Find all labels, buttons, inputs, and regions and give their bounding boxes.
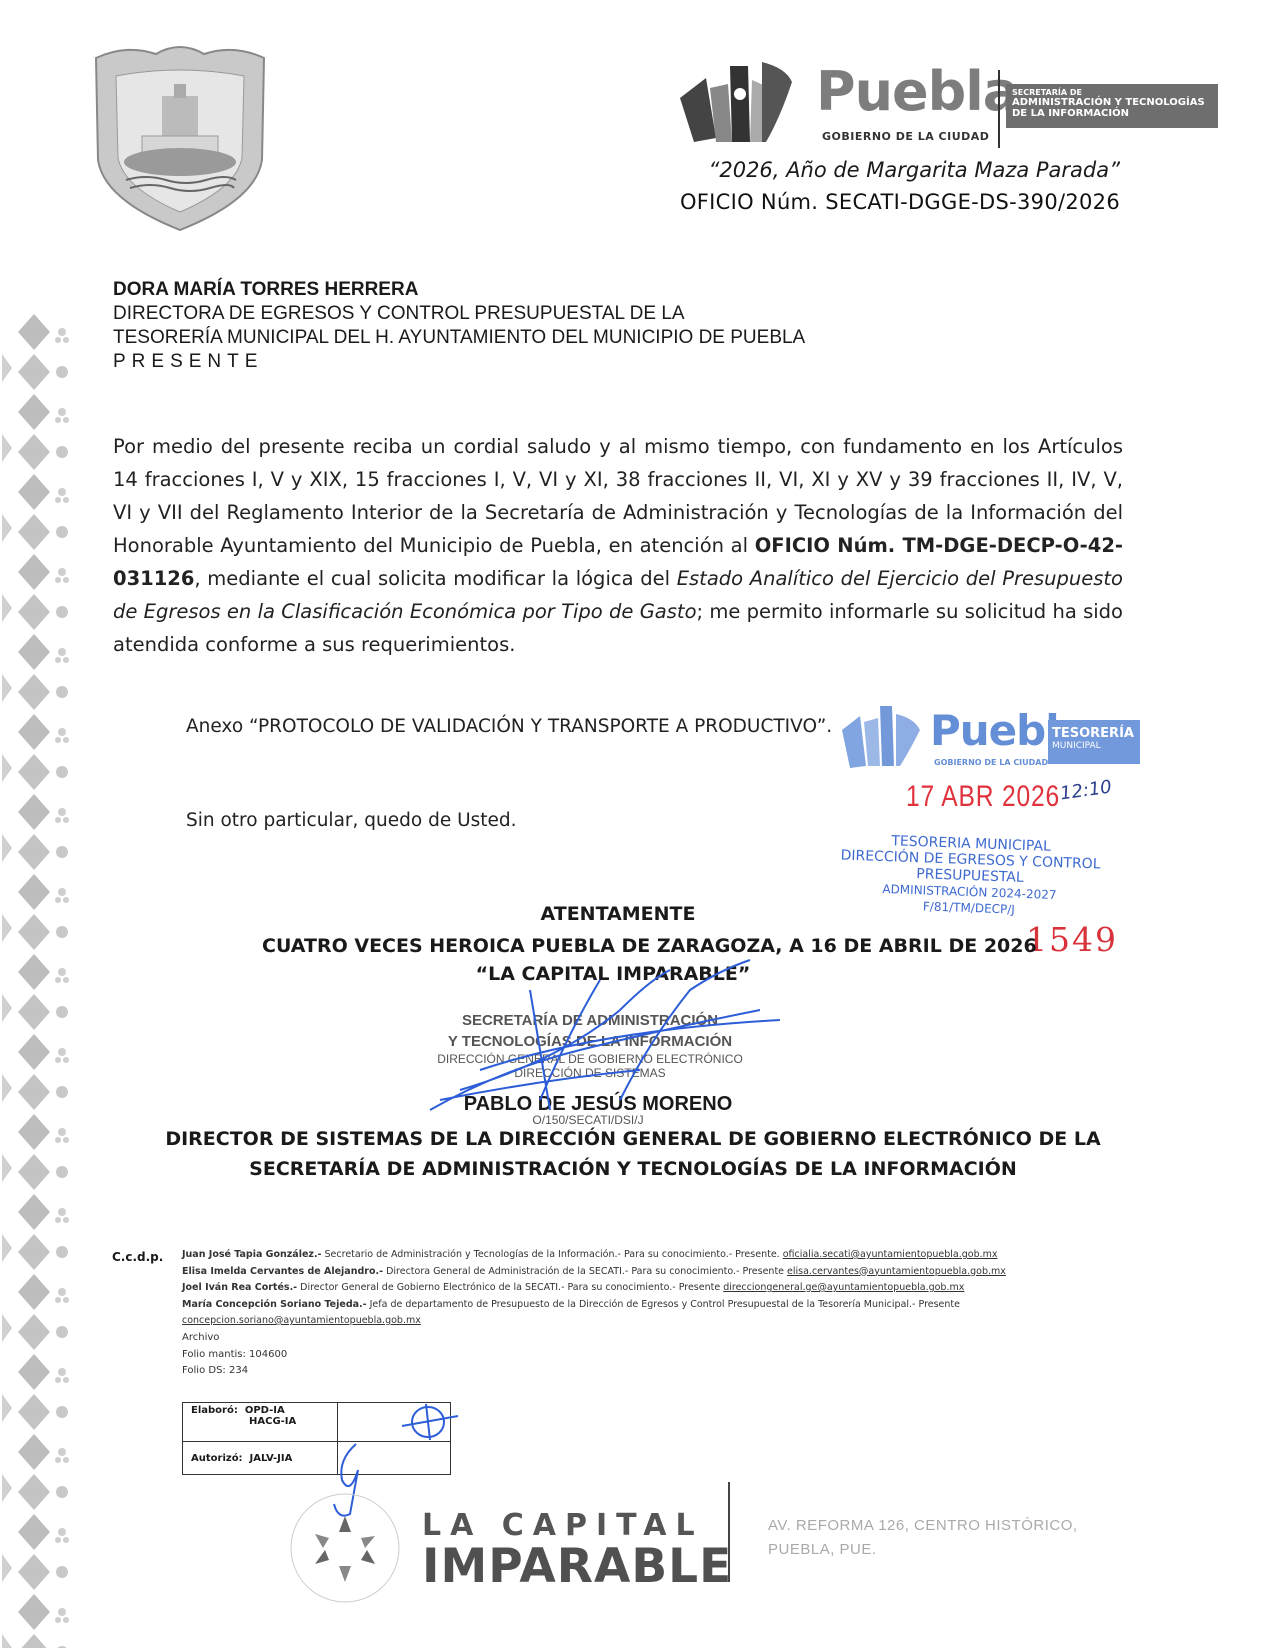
- government-subtitle: GOBIERNO DE LA CIUDAD: [822, 130, 989, 143]
- stamp-office-sub: MUNICIPAL: [1052, 741, 1136, 751]
- closing-line: Sin otro particular, quedo de Usted.: [186, 810, 517, 831]
- address: AV. REFORMA 126, CENTRO HISTÓRICO, PUEBL…: [768, 1514, 1078, 1562]
- recipient-name: DORA MARÍA TORRES HERRERA: [113, 278, 805, 302]
- slogan-line: IMPARABLE: [422, 1545, 732, 1589]
- autorizo-cell: Autorizó: JALV-JIA: [183, 1442, 338, 1475]
- dependency-line: ADMINISTRACIÓN Y TECNOLOGÍAS: [1012, 97, 1212, 108]
- recipient-title: DIRECTORA DE EGRESOS Y CONTROL PRESUPUES…: [113, 302, 805, 326]
- folio-ds: Folio DS: 234: [182, 1363, 287, 1380]
- footer-divider: [728, 1482, 730, 1582]
- slogan: “LA CAPITAL IMPARABLE”: [0, 963, 1266, 985]
- ccdp-name: Joel Iván Rea Cortés.-: [182, 1282, 297, 1293]
- elaboro-value: OPD-IA: [245, 1405, 285, 1416]
- oficio-number: OFICIO Núm. SECATI-DGGE-DS-390/2026: [680, 190, 1120, 214]
- seal-line: DIRECCIÓN DE SISTEMAS: [400, 1066, 780, 1080]
- stamp-office-name: TESORERÍA: [1052, 726, 1136, 741]
- ccdp-entry: María Concepción Soriano Tejeda.- Jefa d…: [182, 1297, 1102, 1330]
- reception-stamp-logo: Puebla GOBIERNO DE LA CIUDAD TESORERÍA M…: [838, 700, 1138, 780]
- signer-title-line: DIRECTOR DE SISTEMAS DE LA DIRECCIÓN GEN…: [0, 1124, 1266, 1154]
- ccdp-name: Elisa Imelda Cervantes de Alejandro.-: [182, 1266, 383, 1277]
- archive-label: Archivo: [182, 1330, 287, 1347]
- signer-title: DIRECTOR DE SISTEMAS DE LA DIRECCIÓN GEN…: [0, 1124, 1266, 1184]
- ccdp-name: María Concepción Soriano Tejeda.-: [182, 1299, 367, 1310]
- dependency-line: DE LA INFORMACIÓN: [1012, 108, 1212, 119]
- la-capital-imparable-logo: LA CAPITAL IMPARABLE: [422, 1508, 732, 1589]
- elaboro-cell: Elaboró: OPD-IA HACG-IA: [183, 1403, 338, 1442]
- puebla-emblem-icon: [676, 58, 810, 148]
- department-seal: SECRETARÍA DE ADMINISTRACIÓN Y TECNOLOGÍ…: [400, 1010, 780, 1080]
- ccdp-email-link[interactable]: direcciongeneral.ge@ayuntamientopuebla.g…: [723, 1282, 964, 1293]
- autorizo-label: Autorizó:: [191, 1453, 243, 1464]
- ccdp-entry: Elisa Imelda Cervantes de Alejandro.- Di…: [182, 1264, 1102, 1281]
- archive-info: Archivo Folio mantis: 104600 Folio DS: 2…: [182, 1330, 287, 1380]
- ccdp-entry: Joel Iván Rea Cortés.- Director General …: [182, 1280, 1102, 1297]
- place-date: CUATRO VECES HEROICA PUEBLA DE ZARAGOZA,…: [262, 935, 1037, 957]
- salutation: PRESENTE: [113, 350, 805, 374]
- ccdp-entry: Juan José Tapia González.- Secretario de…: [182, 1247, 1102, 1264]
- ccdp-text: Directora General de Administración de l…: [383, 1266, 787, 1277]
- address-line: PUEBLA, PUE.: [768, 1538, 1078, 1562]
- header-divider: [998, 70, 1000, 148]
- ccdp-email-link[interactable]: elisa.cervantes@ayuntamientopuebla.gob.m…: [787, 1266, 1006, 1277]
- ccdp-text: Jefa de departamento de Presupuesto de l…: [367, 1299, 960, 1310]
- recipient-title: TESORERÍA MUNICIPAL DEL H. AYUNTAMIENTO …: [113, 326, 805, 350]
- equality-norm-seal-icon: Norma Mexicana en Igualdad Laboral y No …: [285, 1488, 405, 1608]
- stamp-date: 17 ABR 2026: [906, 780, 1060, 814]
- seal-line: SECRETARÍA DE ADMINISTRACIÓN: [400, 1010, 780, 1031]
- folio-mantis: Folio mantis: 104600: [182, 1347, 287, 1364]
- initials-signature-icon: [400, 1402, 460, 1442]
- year-motto: “2026, Año de Margarita Maza Parada”: [708, 158, 1120, 182]
- address-line: AV. REFORMA 126, CENTRO HISTÓRICO,: [768, 1514, 1078, 1538]
- elaboro-value: HACG-IA: [191, 1416, 296, 1427]
- dependency-label: SECRETARÍA DE ADMINISTRACIÓN Y TECNOLOGÍ…: [1006, 84, 1218, 128]
- stamp-time: 12:10: [1059, 776, 1113, 804]
- ccdp-email-link[interactable]: concepcion.soriano@ayuntamientopuebla.go…: [182, 1315, 421, 1326]
- puebla-emblem-icon: [838, 700, 928, 770]
- recipient-block: DORA MARÍA TORRES HERRERA DIRECTORA DE E…: [113, 278, 805, 374]
- puebla-wordmark: Puebla: [816, 60, 1018, 123]
- slogan-line: LA CAPITAL: [422, 1508, 732, 1543]
- regards: ATENTAMENTE: [0, 903, 1266, 925]
- signer-title-line: SECRETARÍA DE ADMINISTRACIÓN Y TECNOLOGÍ…: [0, 1154, 1266, 1184]
- body-paragraph: Por medio del presente reciba un cordial…: [113, 430, 1123, 661]
- stamp-office: TESORERÍA MUNICIPAL: [1048, 720, 1140, 764]
- coat-of-arms-logo: [86, 40, 274, 232]
- seal-line: Y TECNOLOGÍAS DE LA INFORMACIÓN: [400, 1031, 780, 1052]
- stamp-subtitle: GOBIERNO DE LA CIUDAD: [934, 758, 1048, 767]
- puebla-government-logo: Puebla GOBIERNO DE LA CIUDAD SECRETARÍA …: [676, 58, 1176, 148]
- reception-folio: 1549: [1026, 920, 1118, 959]
- seal-line: DIRECCIÓN GENERAL DE GOBIERNO ELECTRÓNIC…: [400, 1052, 780, 1066]
- ccdp-list: Juan José Tapia González.- Secretario de…: [182, 1247, 1102, 1330]
- autorizo-value: JALV-JIA: [250, 1453, 293, 1464]
- ccdp-text: Director General de Gobierno Electrónico…: [297, 1282, 723, 1293]
- ccdp-text: Secretario de Administración y Tecnologí…: [322, 1249, 783, 1260]
- dependency-line: SECRETARÍA DE: [1012, 88, 1212, 97]
- annex-line: Anexo “PROTOCOLO DE VALIDACIÓN Y TRANSPO…: [186, 716, 832, 737]
- ccdp-label: C.c.d.p.: [112, 1250, 163, 1264]
- ccdp-name: Juan José Tapia González.-: [182, 1249, 322, 1260]
- ccdp-email-link[interactable]: oficialia.secati@ayuntamientopuebla.gob.…: [783, 1249, 998, 1260]
- elaboro-label: Elaboró:: [191, 1405, 238, 1416]
- body-text: , mediante el cual solicita modificar la…: [194, 567, 676, 590]
